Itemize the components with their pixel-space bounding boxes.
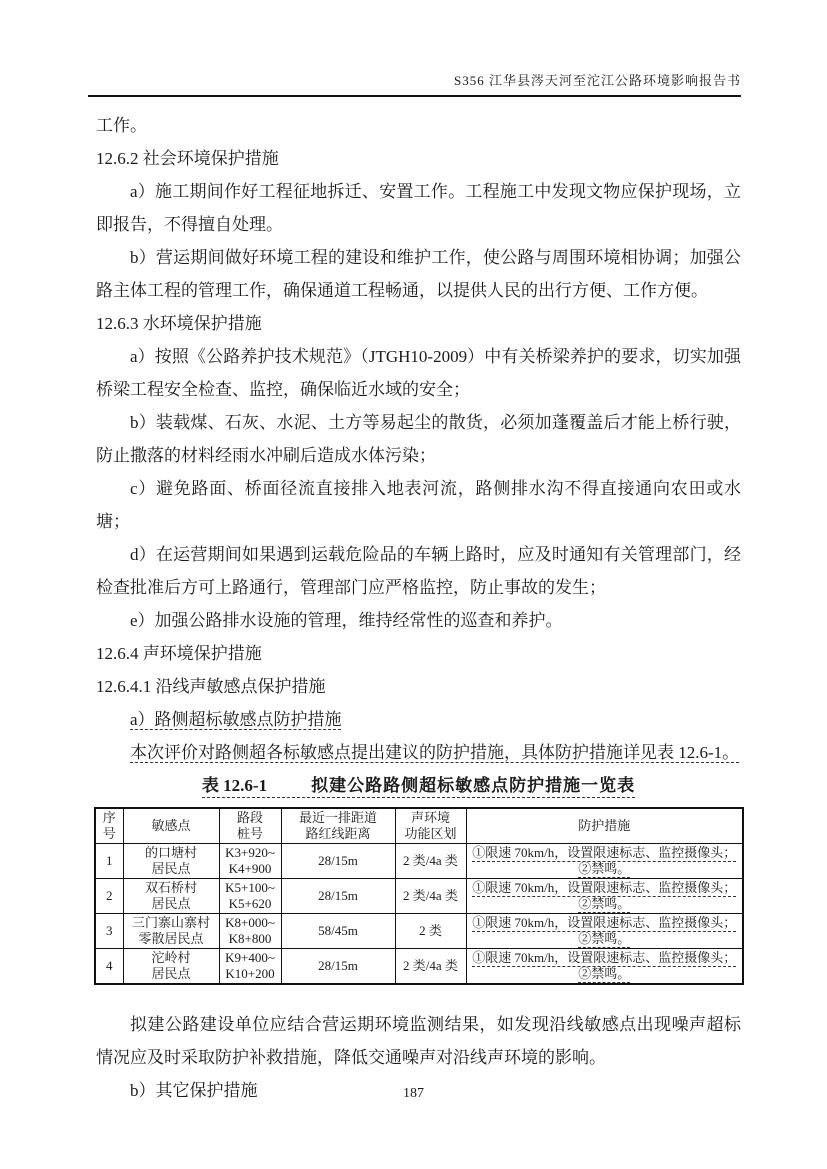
paragraph: e）加强公路排水设施的管理，维持经常性的巡查和养护。 bbox=[96, 604, 741, 637]
table-caption: 表 12.6-1拟建公路路侧超标敏感点防护措施一览表 bbox=[96, 769, 741, 802]
table-row: 2 双石桥村居民点 K5+100~K5+620 28/15m 2 类/4a 类 … bbox=[95, 879, 743, 914]
table-caption-title: 拟建公路路侧超标敏感点防护措施一览表 bbox=[311, 776, 635, 795]
header-title: S356 江华县涔天河至沱江公路环境影响报告书 bbox=[454, 73, 741, 88]
section-heading-12-6-4: 12.6.4 声环境保护措施 bbox=[96, 637, 741, 670]
cell-no: 1 bbox=[95, 844, 123, 879]
cell-measures: ①限速 70km/h，设置限速标志、监控摄像头；②禁鸣。 bbox=[466, 914, 743, 949]
cell-measures: ①限速 70km/h，设置限速标志、监控摄像头；②禁鸣。 bbox=[466, 879, 743, 914]
paragraph-continuation: 工作。 bbox=[96, 109, 741, 142]
table-caption-label: 表 12.6-1 bbox=[202, 776, 267, 795]
col-header-no: 序号 bbox=[95, 808, 123, 844]
document-page: S356 江华县涔天河至沱江公路环境影响报告书 工作。 12.6.2 社会环境保… bbox=[0, 0, 827, 1169]
cell-no: 4 bbox=[95, 949, 123, 985]
paragraph-underlined: a）路侧超标敏感点防护措施 bbox=[96, 703, 741, 736]
cell-sensitive-point: 双石桥村居民点 bbox=[123, 879, 219, 914]
cell-stake: K5+100~K5+620 bbox=[219, 879, 281, 914]
cell-distance: 28/15m bbox=[281, 949, 395, 985]
table-caption-underline: 表 12.6-1拟建公路路侧超标敏感点防护措施一览表 bbox=[202, 776, 635, 798]
col-header-zone: 声环境功能区划 bbox=[395, 808, 466, 844]
document-body: 工作。 12.6.2 社会环境保护措施 a）施工期间作好工程征地拆迁、安置工作。… bbox=[96, 109, 741, 1107]
section-heading-12-6-2: 12.6.2 社会环境保护措施 bbox=[96, 142, 741, 175]
paragraph: c）避免路面、桥面径流直接排入地表河流，路侧排水沟不得直接通向农田或水塘； bbox=[96, 472, 741, 538]
page-header: S356 江华县涔天河至沱江公路环境影响报告书 bbox=[88, 70, 741, 97]
cell-measures: ①限速 70km/h，设置限速标志、监控摄像头；②禁鸣。 bbox=[466, 949, 743, 985]
underlined-text: 本次评价对路侧超各标敏感点提出建议的防护措施，具体防护措施详见表 12.6-1。 bbox=[130, 743, 739, 762]
cell-sensitive-point: 三门寨山寨村零散居民点 bbox=[123, 914, 219, 949]
paragraph: 拟建公路建设单位应结合营运期环境监测结果，如发现沿线敏感点出现噪声超标情况应及时… bbox=[96, 1008, 741, 1074]
paragraph: a）按照《公路养护技术规范》（JTGH10-2009）中有关桥梁养护的要求，切实… bbox=[96, 340, 741, 406]
cell-sensitive-point: 沱岭村居民点 bbox=[123, 949, 219, 985]
paragraph: b）营运期间做好环境工程的建设和维护工作，使公路与周围环境相协调；加强公路主体工… bbox=[96, 241, 741, 307]
page-number: 187 bbox=[403, 1086, 424, 1101]
cell-stake: K9+400~K10+200 bbox=[219, 949, 281, 985]
cell-no: 3 bbox=[95, 914, 123, 949]
cell-distance: 58/45m bbox=[281, 914, 395, 949]
cell-stake: K3+920~K4+900 bbox=[219, 844, 281, 879]
cell-distance: 28/15m bbox=[281, 844, 395, 879]
page-footer: 187 bbox=[0, 1086, 827, 1102]
section-heading-12-6-4-1: 12.6.4.1 沿线声敏感点保护措施 bbox=[96, 670, 741, 703]
paragraph: b）装载煤、石灰、水泥、土方等易起尘的散货，必须加蓬覆盖后才能上桥行驶，防止撒落… bbox=[96, 406, 741, 472]
cell-zone: 2 类/4a 类 bbox=[395, 949, 466, 985]
cell-stake: K8+000~K8+800 bbox=[219, 914, 281, 949]
protection-measures-table: 序号 敏感点 路段桩号 最近一排距道路红线距离 声环境功能区划 防护措施 1 的… bbox=[94, 807, 744, 985]
table-row: 4 沱岭村居民点 K9+400~K10+200 28/15m 2 类/4a 类 … bbox=[95, 949, 743, 985]
cell-measures: ①限速 70km/h，设置限速标志、监控摄像头；②禁鸣。 bbox=[466, 844, 743, 879]
paragraph: d）在运营期间如果遇到运载危险品的车辆上路时，应及时通知有关管理部门，经检查批准… bbox=[96, 538, 741, 604]
col-header-distance: 最近一排距道路红线距离 bbox=[281, 808, 395, 844]
section-heading-12-6-3: 12.6.3 水环境保护措施 bbox=[96, 307, 741, 340]
cell-sensitive-point: 的口塘村居民点 bbox=[123, 844, 219, 879]
table-row: 1 的口塘村居民点 K3+920~K4+900 28/15m 2 类/4a 类 … bbox=[95, 844, 743, 879]
table-row: 3 三门寨山寨村零散居民点 K8+000~K8+800 58/45m 2 类 ①… bbox=[95, 914, 743, 949]
cell-no: 2 bbox=[95, 879, 123, 914]
cell-zone: 2 类 bbox=[395, 914, 466, 949]
table-header-row: 序号 敏感点 路段桩号 最近一排距道路红线距离 声环境功能区划 防护措施 bbox=[95, 808, 743, 844]
col-header-measures: 防护措施 bbox=[466, 808, 743, 844]
col-header-stake: 路段桩号 bbox=[219, 808, 281, 844]
underlined-text: a）路侧超标敏感点防护措施 bbox=[130, 710, 342, 729]
cell-distance: 28/15m bbox=[281, 879, 395, 914]
paragraph: a）施工期间作好工程征地拆迁、安置工作。工程施工中发现文物应保护现场，立即报告，… bbox=[96, 175, 741, 241]
paragraph-underlined: 本次评价对路侧超各标敏感点提出建议的防护措施，具体防护措施详见表 12.6-1。 bbox=[96, 736, 741, 769]
col-header-sensitive-point: 敏感点 bbox=[123, 808, 219, 844]
cell-zone: 2 类/4a 类 bbox=[395, 844, 466, 879]
cell-zone: 2 类/4a 类 bbox=[395, 879, 466, 914]
